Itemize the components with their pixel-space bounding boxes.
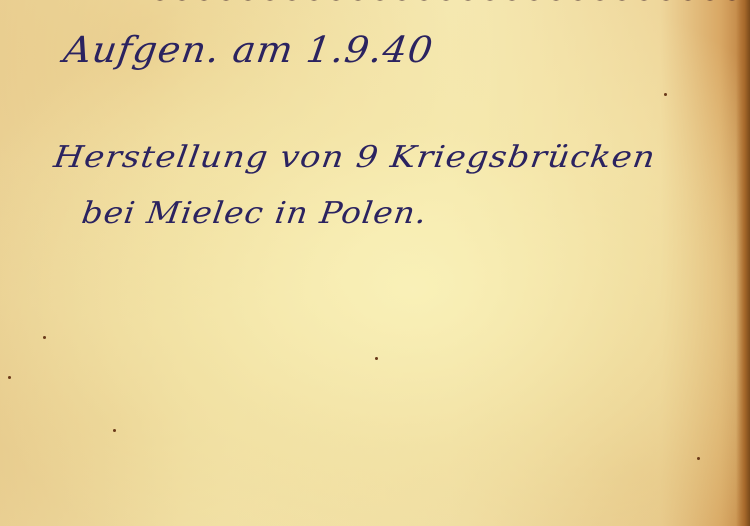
photo-back-page: Aufgen. am 1.9.40 Herstellung von 9 Krie…: [0, 0, 750, 526]
paper-speck: [43, 336, 46, 339]
paper-speck: [113, 429, 116, 432]
paper-speck: [375, 357, 378, 360]
paper-speck: [664, 93, 667, 96]
handwritten-date-line: Aufgen. am 1.9.40: [61, 30, 436, 71]
handwritten-description-line: Herstellung von 9 Kriegsbrücken: [52, 140, 659, 175]
handwritten-location-line: bei Mielec in Polen.: [80, 196, 430, 231]
deckle-edge: [150, 0, 750, 6]
paper-speck: [8, 376, 11, 379]
paper-edge-shadow: [736, 0, 750, 526]
paper-speck: [697, 457, 700, 460]
